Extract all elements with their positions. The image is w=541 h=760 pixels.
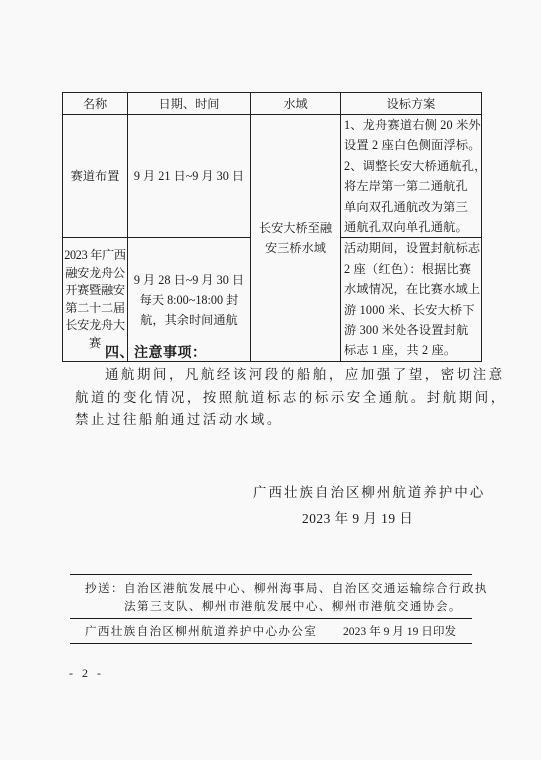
water-area-line: 长安大桥至融 bbox=[251, 218, 340, 238]
notice-paragraph: 通航期间，凡航经该河段的船舶，应加强了望，密切注意 航道的变化情况，按照航道标志… bbox=[75, 365, 475, 433]
plan-line: 标志 1 座，共 2 座。 bbox=[344, 340, 479, 360]
signature-organization: 广西壮族自治区柳州航道养护中心 bbox=[253, 482, 485, 501]
plan-line: 通航孔双向单孔通航。 bbox=[344, 217, 479, 237]
cell-date: 9 月 21 日~9 月 30 日 bbox=[128, 115, 251, 238]
cc-list: 抄送：自治区港航发展中心、柳州海事局、自治区交通运输综合行政执 法第三支队、柳州… bbox=[85, 579, 475, 615]
divider bbox=[70, 643, 472, 644]
table-row: 赛道布置 9 月 21 日~9 月 30 日 长安大桥至融 安三桥水域 1、龙舟… bbox=[63, 115, 482, 238]
cell-plan: 活动期间，设置封航标志 2 座（红色）：根据比赛 水域情况，在比赛水域上 游 1… bbox=[341, 238, 482, 361]
cc-line: 法第三支队、柳州市港航发展中心、柳州市港航交通协会。 bbox=[85, 597, 475, 615]
header-marker-plan: 设标方案 bbox=[341, 93, 482, 115]
plan-line: 活动期间，设置封航标志 bbox=[344, 238, 479, 258]
issuer: 广西壮族自治区柳州航道养护中心办公室 bbox=[85, 623, 317, 639]
plan-line: 水域情况，在比赛水域上 bbox=[344, 279, 479, 299]
document-page: 名称 日期、时间 水域 设标方案 赛道布置 9 月 21 日~9 月 30 日 … bbox=[0, 0, 541, 760]
date-line: 9 月 28 日~9 月 30 日 bbox=[128, 270, 250, 290]
plan-line: 游 300 米处各设置封航 bbox=[344, 320, 479, 340]
issue-date: 2023 年 9 月 19 日印发 bbox=[343, 623, 456, 639]
signature-date: 2023 年 9 月 19 日 bbox=[302, 508, 413, 527]
cell-name: 赛道布置 bbox=[63, 115, 128, 238]
section-heading: 四、注意事项： bbox=[105, 342, 207, 362]
name-line: 开赛暨融安 bbox=[63, 282, 127, 300]
header-name: 名称 bbox=[63, 93, 128, 115]
plan-line: 1、龙舟赛道右侧 20 米外 bbox=[344, 115, 479, 135]
plan-line: 2 座（红色）：根据比赛 bbox=[344, 259, 479, 279]
cell-plan: 1、龙舟赛道右侧 20 米外 设置 2 座白色侧面浮标。 2、调整长安大桥通航孔… bbox=[341, 115, 482, 238]
page-number: - 2 - bbox=[69, 666, 104, 681]
paragraph-line: 通航期间，凡航经该河段的船舶，应加强了望，密切注意 bbox=[75, 365, 475, 388]
nav-marker-table: 名称 日期、时间 水域 设标方案 赛道布置 9 月 21 日~9 月 30 日 … bbox=[62, 92, 482, 362]
name-line: 融安龙舟公 bbox=[63, 265, 127, 283]
name-line: 2023 年广西 bbox=[63, 247, 127, 265]
header-date-time: 日期、时间 bbox=[128, 93, 251, 115]
header-water-area: 水域 bbox=[251, 93, 341, 115]
plan-line: 设置 2 座白色侧面浮标。 bbox=[344, 135, 479, 155]
divider bbox=[70, 618, 472, 619]
table-header-row: 名称 日期、时间 水域 设标方案 bbox=[63, 93, 482, 115]
name-line: 长安龙舟大 bbox=[63, 317, 127, 335]
plan-line: 单向双孔通航改为第三 bbox=[344, 197, 479, 217]
cc-line: 抄送：自治区港航发展中心、柳州海事局、自治区交通运输综合行政执 bbox=[85, 579, 475, 597]
paragraph-line: 禁止过往船舶通过活动水域。 bbox=[75, 410, 475, 433]
paragraph-line: 航道的变化情况，按照航道标志的标示安全通航。封航期间， bbox=[75, 388, 475, 411]
name-line: 第二十二届 bbox=[63, 300, 127, 318]
cell-water-area: 长安大桥至融 安三桥水域 bbox=[251, 115, 341, 362]
water-area-line: 安三桥水域 bbox=[251, 238, 340, 258]
date-line: 航，其余时间通航 bbox=[128, 310, 250, 330]
plan-line: 将左岸第一第二通航孔 bbox=[344, 176, 479, 196]
plan-line: 2、调整长安大桥通航孔， bbox=[344, 156, 479, 176]
date-line: 每天 8:00~18:00 封 bbox=[128, 290, 250, 310]
plan-line: 游 1000 米、长安大桥下 bbox=[344, 300, 479, 320]
divider bbox=[70, 574, 472, 575]
